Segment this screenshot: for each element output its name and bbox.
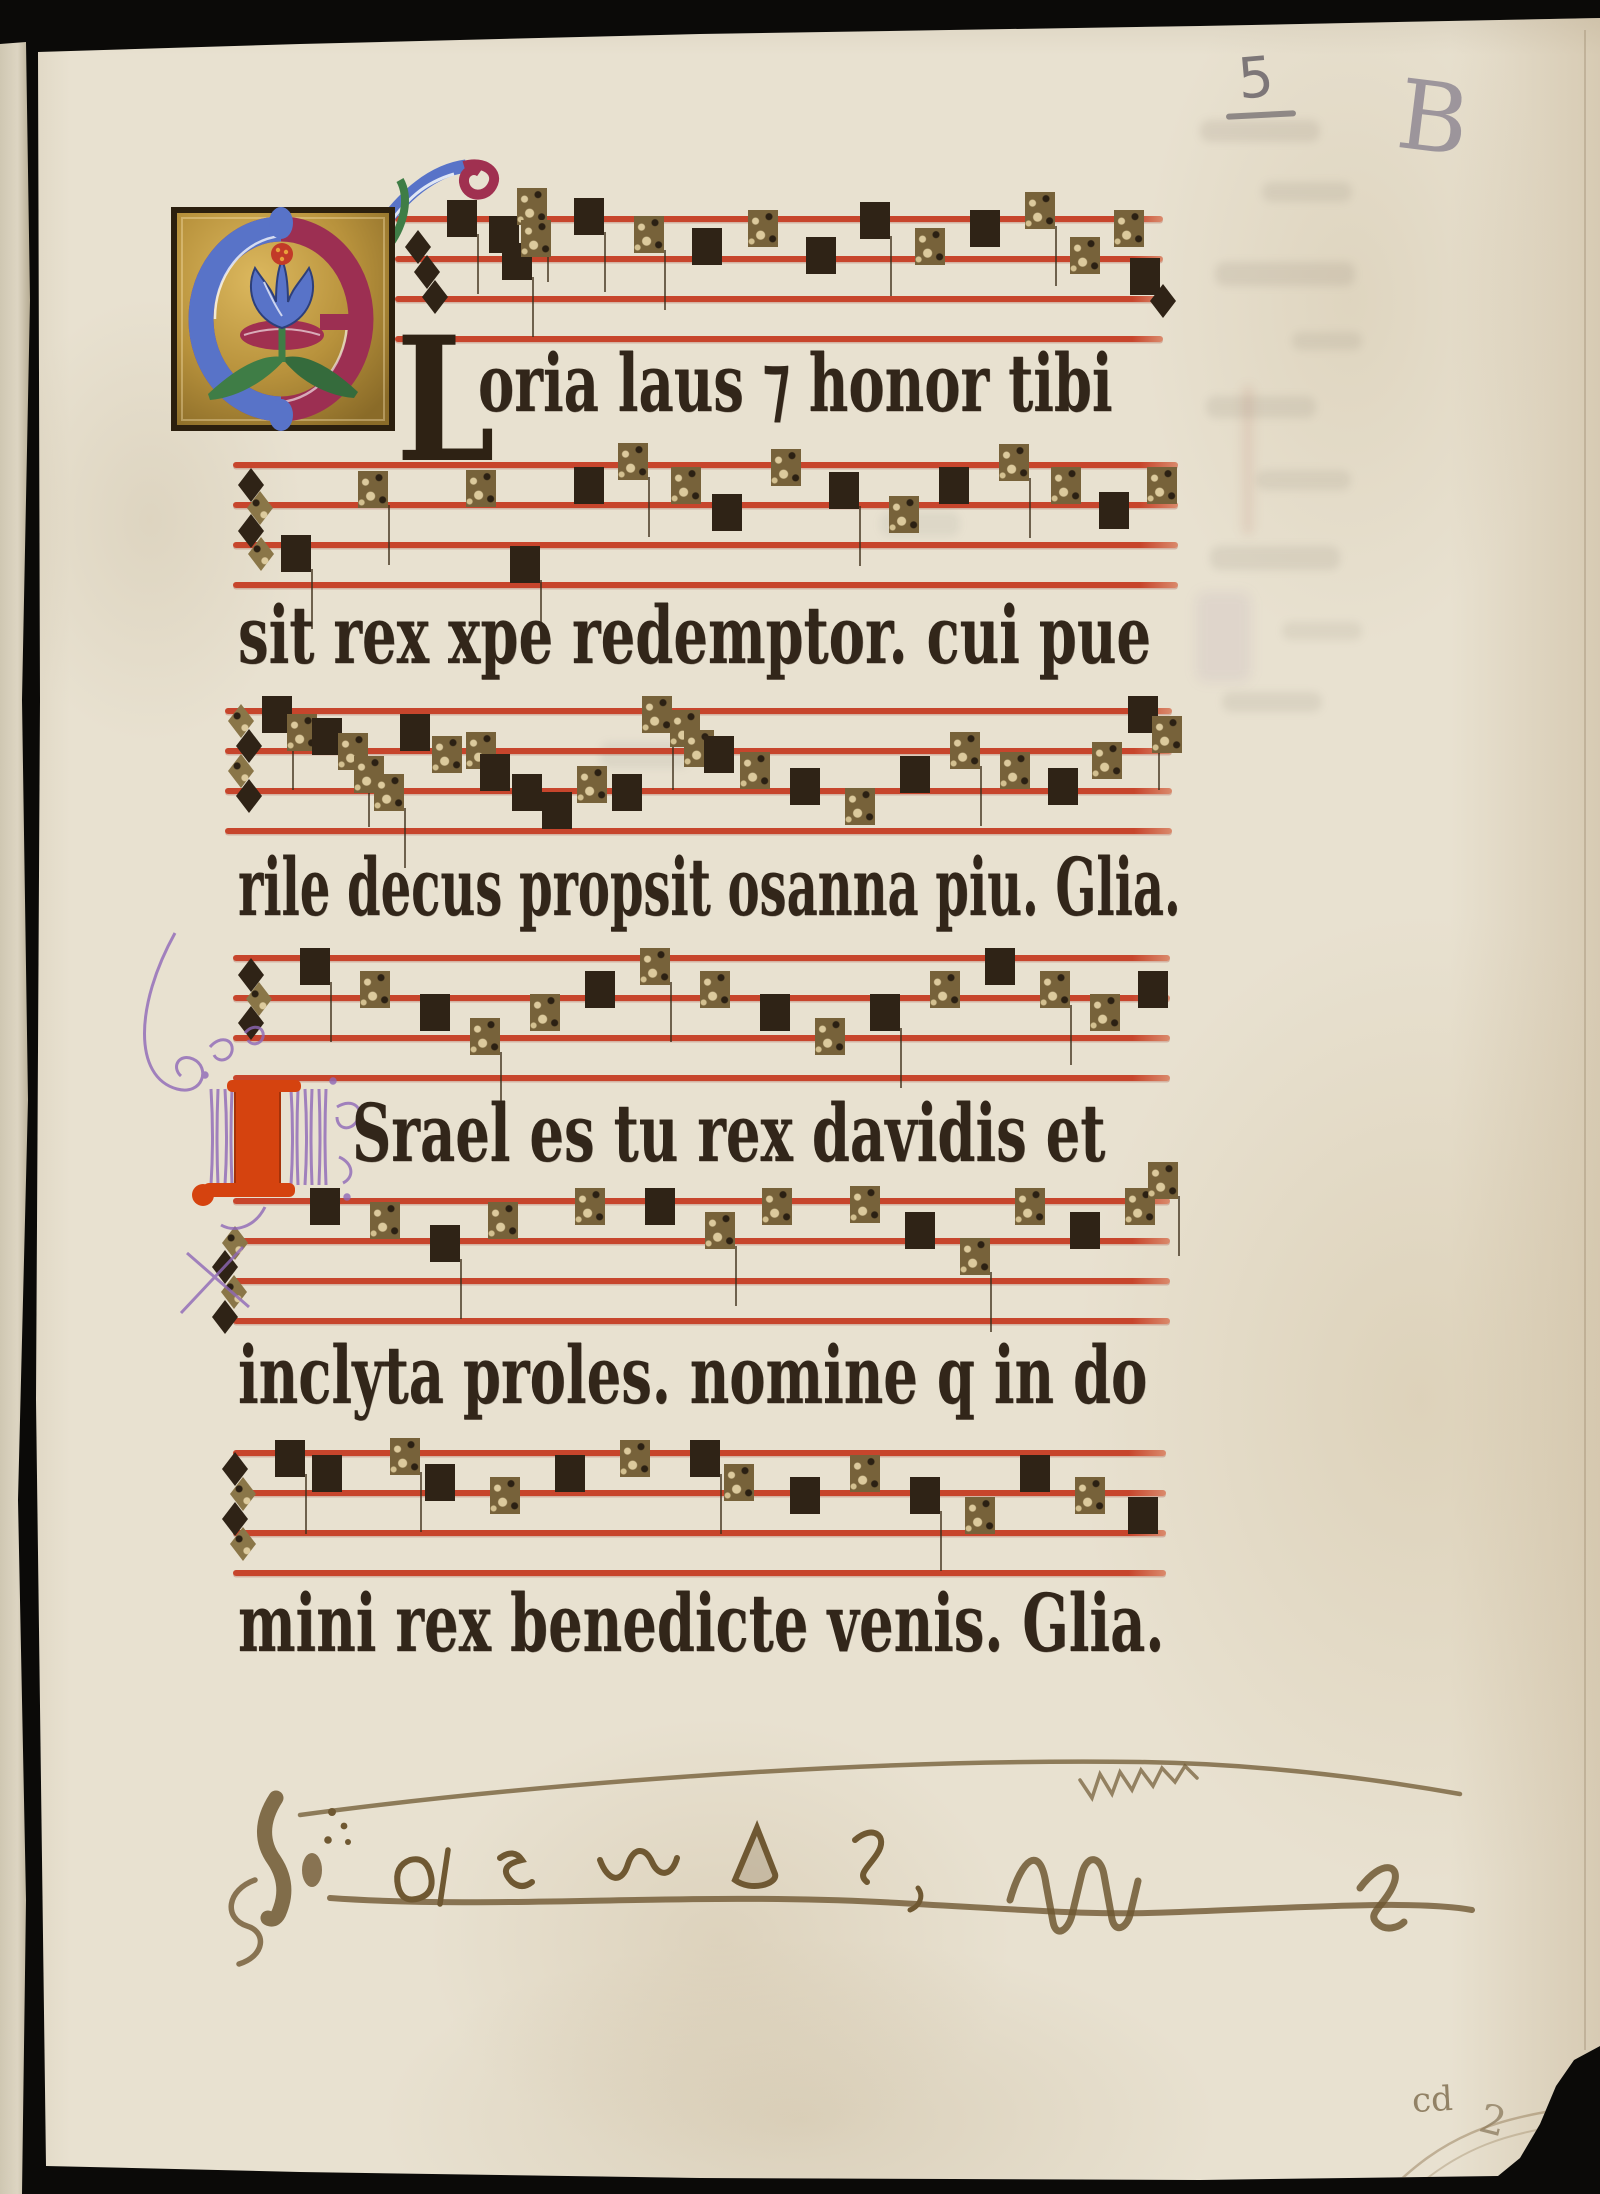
neume-note <box>374 774 404 811</box>
neume-note <box>760 994 790 1031</box>
neume-note <box>1152 716 1182 753</box>
neume-note <box>555 1455 585 1492</box>
neume-note <box>620 1440 650 1477</box>
manuscript-photo: L oria laus ⁊ honor tibi sit rex xpe red… <box>0 0 1600 2194</box>
right-edge-fold-line <box>1584 30 1586 2050</box>
neume-note <box>1020 1455 1050 1492</box>
neume-note <box>1148 1162 1178 1199</box>
neume-note <box>490 1477 520 1514</box>
neume-note <box>806 237 836 274</box>
pen-trial-scribbles <box>80 1720 1520 2090</box>
neume-note <box>1070 237 1100 274</box>
neume-note <box>970 210 1000 247</box>
stave-line <box>233 582 1178 588</box>
neume-note <box>1070 1212 1100 1249</box>
stave-line <box>225 828 1172 834</box>
neume-note <box>358 471 388 508</box>
neume-note <box>1147 467 1177 504</box>
neume-note <box>985 948 1015 985</box>
neume-note <box>512 774 542 811</box>
neume-note <box>542 792 572 829</box>
stave-line <box>233 462 1178 468</box>
neume-note <box>960 1238 990 1275</box>
neume-note <box>1092 742 1122 779</box>
manuscript-page: L oria laus ⁊ honor tibi sit rex xpe red… <box>0 0 1600 2194</box>
neume-note <box>470 1018 500 1055</box>
neume-note <box>850 1455 880 1492</box>
neume-note <box>1040 971 1070 1008</box>
page-edge-lines <box>1380 2010 1600 2194</box>
neume-note <box>905 1212 935 1249</box>
neume-note <box>530 994 560 1031</box>
neume-note <box>1051 467 1081 504</box>
neume-note <box>575 1188 605 1225</box>
neume-note <box>1048 768 1078 805</box>
neume-note <box>425 1464 455 1501</box>
neume-note <box>400 714 430 751</box>
neume-note <box>390 1438 420 1475</box>
stave-line <box>233 542 1178 548</box>
neume-note <box>692 228 722 265</box>
neume-note <box>939 467 969 504</box>
neume-note <box>900 756 930 793</box>
neume-note <box>640 948 670 985</box>
pencil-underline <box>1226 110 1296 120</box>
neume-note <box>1000 752 1030 789</box>
stave-line <box>233 1570 1166 1576</box>
neume-note <box>965 1497 995 1534</box>
previous-folio-edge <box>0 0 32 2194</box>
neume-note <box>618 443 648 480</box>
chant-line-6: mini rex benedicte venis. Glia. <box>238 1576 1164 1670</box>
chant-line-2: sit rex xpe redemptor. cui pue <box>238 588 1151 682</box>
neume-note <box>1015 1188 1045 1225</box>
neume-note <box>634 216 664 253</box>
neume-note <box>850 1186 880 1223</box>
stave-line <box>233 1530 1166 1536</box>
neume-note <box>815 1018 845 1055</box>
neume-note <box>748 210 778 247</box>
neume-note <box>870 994 900 1031</box>
neume-note <box>915 228 945 265</box>
neume-note <box>790 768 820 805</box>
chant-line-3: rile decus propsit osanna piu. Glia. <box>238 840 1181 934</box>
neume-note <box>845 788 875 825</box>
neume-note <box>281 535 311 572</box>
neume-note <box>577 766 607 803</box>
neume-note <box>930 971 960 1008</box>
neume-note <box>704 736 734 773</box>
neume-note <box>950 732 980 769</box>
neume-note <box>762 1188 792 1225</box>
neume-note <box>612 774 642 811</box>
neume-note <box>700 971 730 1008</box>
neume-note <box>642 696 672 733</box>
neume-note <box>574 467 604 504</box>
pencil-letter-mark: B <box>1391 58 1475 178</box>
red-initial-I <box>192 1080 301 1206</box>
neume-note <box>740 752 770 789</box>
neume-note <box>275 1440 305 1477</box>
chant-line-5: inclyta proles. nomine q in do <box>238 1328 1147 1422</box>
neume-note <box>1114 210 1144 247</box>
neume-note <box>645 1188 675 1225</box>
neume-note <box>999 444 1029 481</box>
neume-note <box>860 202 890 239</box>
neume-note <box>510 546 540 583</box>
neume-note <box>312 1455 342 1492</box>
neume-note <box>724 1464 754 1501</box>
neume-note <box>574 198 604 235</box>
neume-note <box>585 971 615 1008</box>
neume-note <box>480 754 510 791</box>
neume-note <box>1090 994 1120 1031</box>
neume-note <box>705 1212 735 1249</box>
neume-note <box>889 496 919 533</box>
pencil-folio-number: 5 <box>1235 45 1276 113</box>
neume-note <box>1128 1497 1158 1534</box>
neume-note <box>712 494 742 531</box>
neume-note <box>671 467 701 504</box>
chant-line-4: Srael es tu rex davidis et <box>352 1086 1105 1180</box>
neume-note <box>432 736 462 773</box>
neume-note <box>1075 1477 1105 1514</box>
neume-note <box>910 1477 940 1514</box>
neume-note <box>790 1477 820 1514</box>
neume-note <box>488 1202 518 1239</box>
chant-line-1: oria laus ⁊ honor tibi <box>478 336 1113 430</box>
neume-note <box>1025 192 1055 229</box>
neume-note <box>1138 971 1168 1008</box>
neume-note <box>1130 258 1160 295</box>
neume-note <box>1099 492 1129 529</box>
neume-note <box>771 449 801 486</box>
neume-note <box>690 1440 720 1477</box>
neume-note <box>829 472 859 509</box>
